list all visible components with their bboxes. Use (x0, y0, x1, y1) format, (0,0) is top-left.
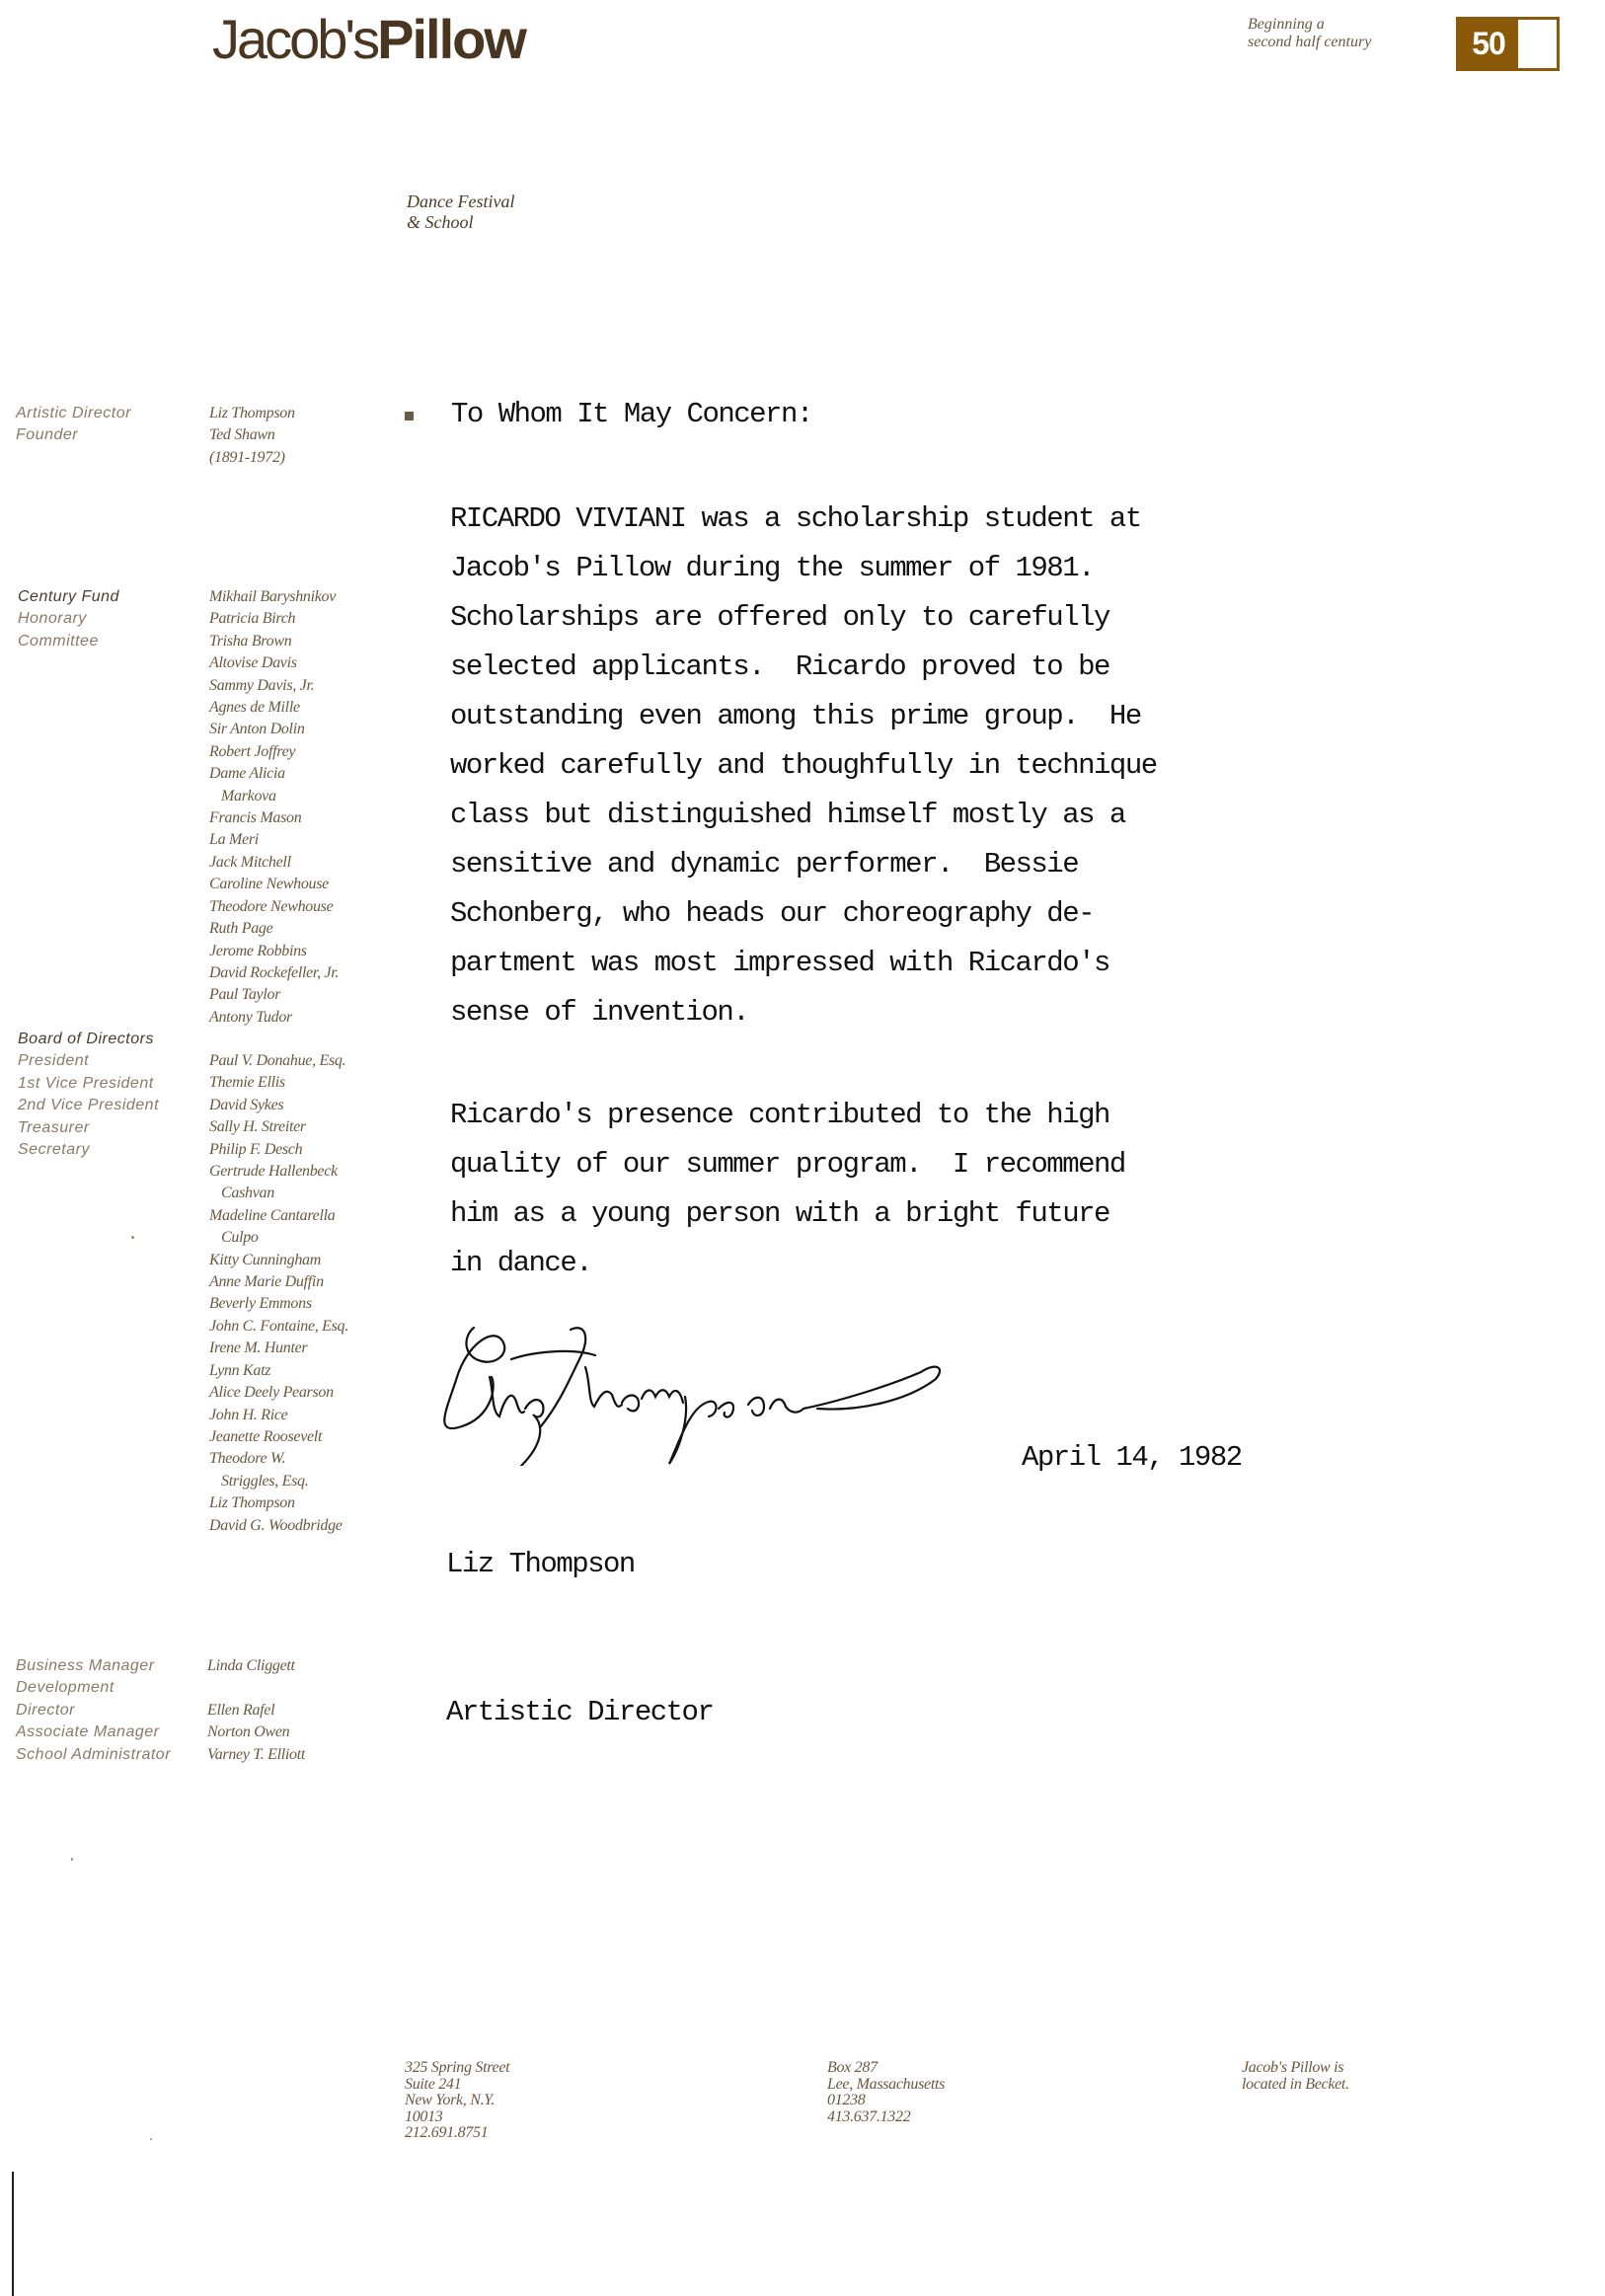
address-line: 212.691.8751 (405, 2125, 509, 2142)
scan-speck (131, 1236, 134, 1239)
committee-member-name: Jerome Robbins (209, 941, 339, 962)
committee-member-name: Antony Tudor (209, 1007, 339, 1029)
sidebar-label: 1st Vice President (18, 1073, 159, 1095)
badge-number: 50 (1459, 20, 1518, 68)
signer-name: Liz Thompson (446, 1540, 713, 1589)
sidebar-label: Treasurer (18, 1117, 159, 1139)
letter-line: Ricardo's presence contributed to the hi… (450, 1091, 1125, 1140)
staff-name (207, 1677, 305, 1699)
sidebar-label: Secretary (18, 1139, 159, 1161)
location-note: Jacob's Pillow islocated in Becket. (1242, 2060, 1349, 2093)
committee-member-name: Sir Anton Dolin (209, 719, 339, 740)
letter-line: class but distinguished himself mostly a… (450, 791, 1157, 840)
staff-name: Linda Cliggett (207, 1655, 305, 1677)
dance-festival-subtitle: Dance Festival & School (407, 191, 514, 233)
board-member-name: David G. Woodbridge (209, 1515, 348, 1537)
letter-line: Jacob's Pillow during the summer of 1981… (450, 544, 1157, 593)
board-member-name: Liz Thompson (209, 1492, 348, 1514)
staff-name: Ellen Rafel (207, 1700, 305, 1722)
bullet-marker (405, 412, 414, 421)
logo-light-text: Jacob's (212, 8, 377, 70)
board-member-name: Culpo (209, 1227, 348, 1249)
address-line: New York, N.Y. (405, 2093, 509, 2109)
staff-labels: Business ManagerDevelopmentDirectorAssoc… (16, 1655, 171, 1766)
sidebar-label: Director (16, 1700, 171, 1722)
board-member-name: Themie Ellis (209, 1072, 348, 1094)
address-line: 10013 (405, 2109, 509, 2126)
board-member-name: Beverly Emmons (209, 1293, 348, 1315)
board-member-name: Sally H. Streiter (209, 1116, 348, 1138)
staff-name: Varney T. Elliott (207, 1744, 305, 1766)
committee-member-name: Markova (209, 786, 339, 807)
subtitle-line: Dance Festival (407, 191, 514, 212)
board-member-name: Theodore W. (209, 1448, 348, 1470)
committee-member-name: Jack Mitchell (209, 852, 339, 874)
sidebar-label: Associate Manager (16, 1722, 171, 1743)
board-member-name: Anne Marie Duffin (209, 1271, 348, 1293)
letter-line: outstanding even among this prime group.… (450, 692, 1157, 741)
scan-edge-line (12, 2172, 14, 2296)
letter-line: partment was most impressed with Ricardo… (450, 939, 1157, 988)
committee-member-name: Agnes de Mille (209, 697, 339, 719)
sidebar-label: Honorary (18, 608, 119, 630)
letter-date: April 14, 1982 (1022, 1441, 1242, 1474)
sidebar-name: (1891-1972) (209, 447, 295, 469)
location-line: Jacob's Pillow is (1242, 2060, 1349, 2077)
committee-member-name: Paul Taylor (209, 984, 339, 1006)
board-member-name: Striggles, Esq. (209, 1471, 348, 1492)
board-member-name: Philip F. Desch (209, 1139, 348, 1161)
sidebar-label: Business Manager (16, 1655, 171, 1677)
sidebar-label: Board of Directors (18, 1029, 159, 1050)
address-line: 413.637.1322 (827, 2109, 945, 2126)
committee-member-name: Robert Joffrey (209, 741, 339, 763)
address-line: Box 287 (827, 2060, 945, 2077)
letter-line: Schonberg, who heads our choreography de… (450, 889, 1157, 939)
address-line: 01238 (827, 2093, 945, 2109)
sidebar-label: School Administrator (16, 1744, 171, 1766)
leadership-labels: Artistic DirectorFounder (16, 403, 131, 447)
sidebar-label: Founder (16, 424, 131, 446)
board-member-name: Kitty Cunningham (209, 1250, 348, 1271)
board-member-name: John C. Fontaine, Esq. (209, 1316, 348, 1338)
letter-line: him as a young person with a bright futu… (450, 1189, 1125, 1239)
board-member-name: Irene M. Hunter (209, 1338, 348, 1359)
letter-line: selected applicants. Ricardo proved to b… (450, 643, 1157, 692)
sidebar-label: President (18, 1050, 159, 1072)
century-fund-names: Mikhail BaryshnikovPatricia BirchTrisha … (209, 586, 339, 1029)
committee-member-name: Dame Alicia (209, 763, 339, 785)
board-member-name: Jeanette Roosevelt (209, 1426, 348, 1448)
committee-member-name: Caroline Newhouse (209, 874, 339, 895)
scan-speck (150, 2138, 152, 2140)
committee-member-name: La Meri (209, 829, 339, 851)
committee-member-name: Mikhail Baryshnikov (209, 586, 339, 608)
leadership-names: Liz ThompsonTed Shawn(1891-1972) (209, 403, 295, 469)
tagline-line: Beginning a (1248, 16, 1371, 34)
sidebar-label: Century Fund (18, 586, 119, 608)
lee-address: Box 287Lee, Massachusetts01238413.637.13… (827, 2060, 945, 2125)
fifty-anniversary-badge: 50 (1456, 17, 1560, 71)
committee-member-name: Trisha Brown (209, 631, 339, 652)
subtitle-line: & School (407, 212, 514, 233)
board-member-name: Madeline Cantarella (209, 1205, 348, 1227)
committee-member-name: Ruth Page (209, 918, 339, 940)
committee-member-name: Altovise Davis (209, 652, 339, 674)
address-line: Suite 241 (405, 2077, 509, 2094)
board-names: Paul V. Donahue, Esq.Themie EllisDavid S… (209, 1050, 348, 1537)
address-line: Lee, Massachusetts (827, 2077, 945, 2094)
letter-paragraph-1: RICARDO VIVIANI was a scholarship studen… (450, 495, 1157, 1037)
letter-line: quality of our summer program. I recomme… (450, 1140, 1125, 1189)
tagline: Beginning a second half century (1248, 16, 1371, 51)
committee-member-name: Francis Mason (209, 807, 339, 829)
board-member-name: Gertrude Hallenbeck (209, 1161, 348, 1183)
staff-name: Norton Owen (207, 1722, 305, 1743)
scan-speck (71, 1858, 73, 1861)
board-member-name: David Sykes (209, 1095, 348, 1116)
sidebar-label: Committee (18, 631, 119, 652)
logo-bold-text: Pillow (377, 8, 525, 70)
board-member-name: Paul V. Donahue, Esq. (209, 1050, 348, 1072)
sidebar-label: Artistic Director (16, 403, 131, 424)
board-member-name: John H. Rice (209, 1405, 348, 1426)
sidebar-name: Ted Shawn (209, 424, 295, 446)
committee-member-name: David Rockefeller, Jr. (209, 962, 339, 984)
letter-line: Scholarships are offered only to careful… (450, 593, 1157, 643)
letter-line: RICARDO VIVIANI was a scholarship studen… (450, 495, 1157, 544)
letter-line: worked carefully and thoughfully in tech… (450, 741, 1157, 791)
letter-line: sense of invention. (450, 988, 1157, 1037)
tagline-line: second half century (1248, 34, 1371, 51)
letter-line: in dance. (450, 1239, 1125, 1288)
committee-member-name: Sammy Davis, Jr. (209, 675, 339, 697)
nyc-address: 325 Spring StreetSuite 241New York, N.Y.… (405, 2060, 509, 2142)
sidebar-label: Development (16, 1677, 171, 1699)
location-line: located in Becket. (1242, 2077, 1349, 2094)
board-member-name: Cashvan (209, 1183, 348, 1204)
board-labels: Board of DirectorsPresident1st Vice Pres… (18, 1029, 159, 1161)
signer-title: Artistic Director (446, 1688, 713, 1737)
letter-paragraph-2: Ricardo's presence contributed to the hi… (450, 1091, 1125, 1288)
letter-line: sensitive and dynamic performer. Bessie (450, 840, 1157, 889)
committee-member-name: Theodore Newhouse (209, 896, 339, 918)
salutation: To Whom It May Concern: (451, 398, 812, 430)
century-fund-labels: Century FundHonoraryCommittee (18, 586, 119, 652)
jacobs-pillow-logo: Jacob'sPillow (212, 12, 525, 67)
board-member-name: Lynn Katz (209, 1360, 348, 1382)
sidebar-label: 2nd Vice President (18, 1095, 159, 1116)
staff-names: Linda Cliggett Ellen RafelNorton OwenVar… (207, 1655, 305, 1766)
signature-block: Liz Thompson Artistic Director (446, 1441, 713, 1787)
sidebar-name: Liz Thompson (209, 403, 295, 424)
badge-blank-square (1518, 20, 1557, 68)
board-member-name: Alice Deely Pearson (209, 1382, 348, 1404)
committee-member-name: Patricia Birch (209, 608, 339, 630)
address-line: 325 Spring Street (405, 2060, 509, 2077)
